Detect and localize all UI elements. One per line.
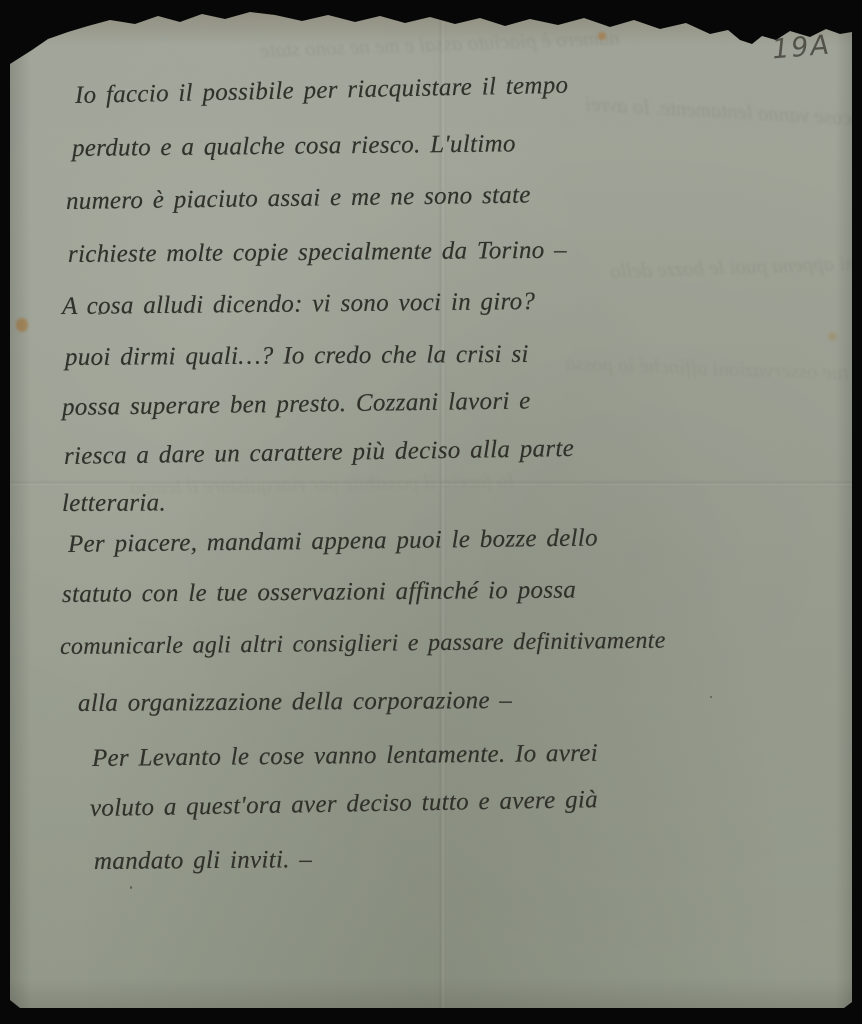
handwritten-line: comunicarle agli altri consiglieri e pas… [60, 628, 666, 661]
handwritten-line: Per Levanto le cose vanno lentamente. Io… [92, 740, 598, 773]
bleed-through-text: Per Levanto le cose vanno lentamente. Io… [585, 92, 852, 138]
bleed-through-text: Per piacere, mandami appena puoi le bozz… [610, 245, 852, 284]
handwritten-line: voluto a quest'ora aver deciso tutto e a… [90, 786, 598, 823]
handwritten-line: numero è piaciuto assai e me ne sono sta… [66, 182, 531, 216]
handwritten-line: mandato gli inviti. – [94, 846, 312, 876]
handwritten-line: perduto e a qualche cosa riesco. L'ultim… [72, 130, 516, 163]
page-number: 19A [771, 29, 832, 65]
handwritten-line: statuto con le tue osservazioni affinché… [62, 577, 576, 609]
handwritten-line: puoi dirmi quali…? Io credo che la crisi… [65, 341, 529, 372]
handwritten-line: possa superare ben presto. Cozzani lavor… [62, 387, 531, 422]
fold-crease-horizontal [10, 480, 852, 487]
bleed-through-text: numero è piaciuto assai e me ne sono sta… [260, 26, 620, 64]
handwritten-line: alla organizzazione della corporazione – [78, 687, 512, 718]
scanned-letter-page: numero è piaciuto assai e me ne sono sta… [0, 0, 862, 1024]
handwritten-line: A cosa alludi dicendo: vi sono voci in g… [62, 288, 536, 321]
handwritten-line: letteraria. [62, 489, 166, 518]
foxing-spot [828, 332, 837, 341]
bleed-through-text: statuto con le tue osservazioni affinché… [565, 351, 852, 390]
paper-speck [130, 886, 132, 889]
handwritten-line: richieste molte copie specialmente da To… [68, 237, 567, 269]
foxing-spot [598, 32, 606, 40]
letter-paper: numero è piaciuto assai e me ne sono sta… [10, 6, 852, 1008]
handwritten-line: Io faccio il possibile per riacquistare … [75, 72, 569, 110]
handwritten-line: Per piacere, mandami appena puoi le bozz… [68, 525, 598, 559]
handwritten-line: riesca a dare un carattere più deciso al… [64, 435, 574, 471]
paper-speck [710, 696, 712, 698]
bleed-through-text: Io faccio il possibile per riacquistare … [130, 469, 515, 501]
foxing-spot [16, 318, 28, 332]
